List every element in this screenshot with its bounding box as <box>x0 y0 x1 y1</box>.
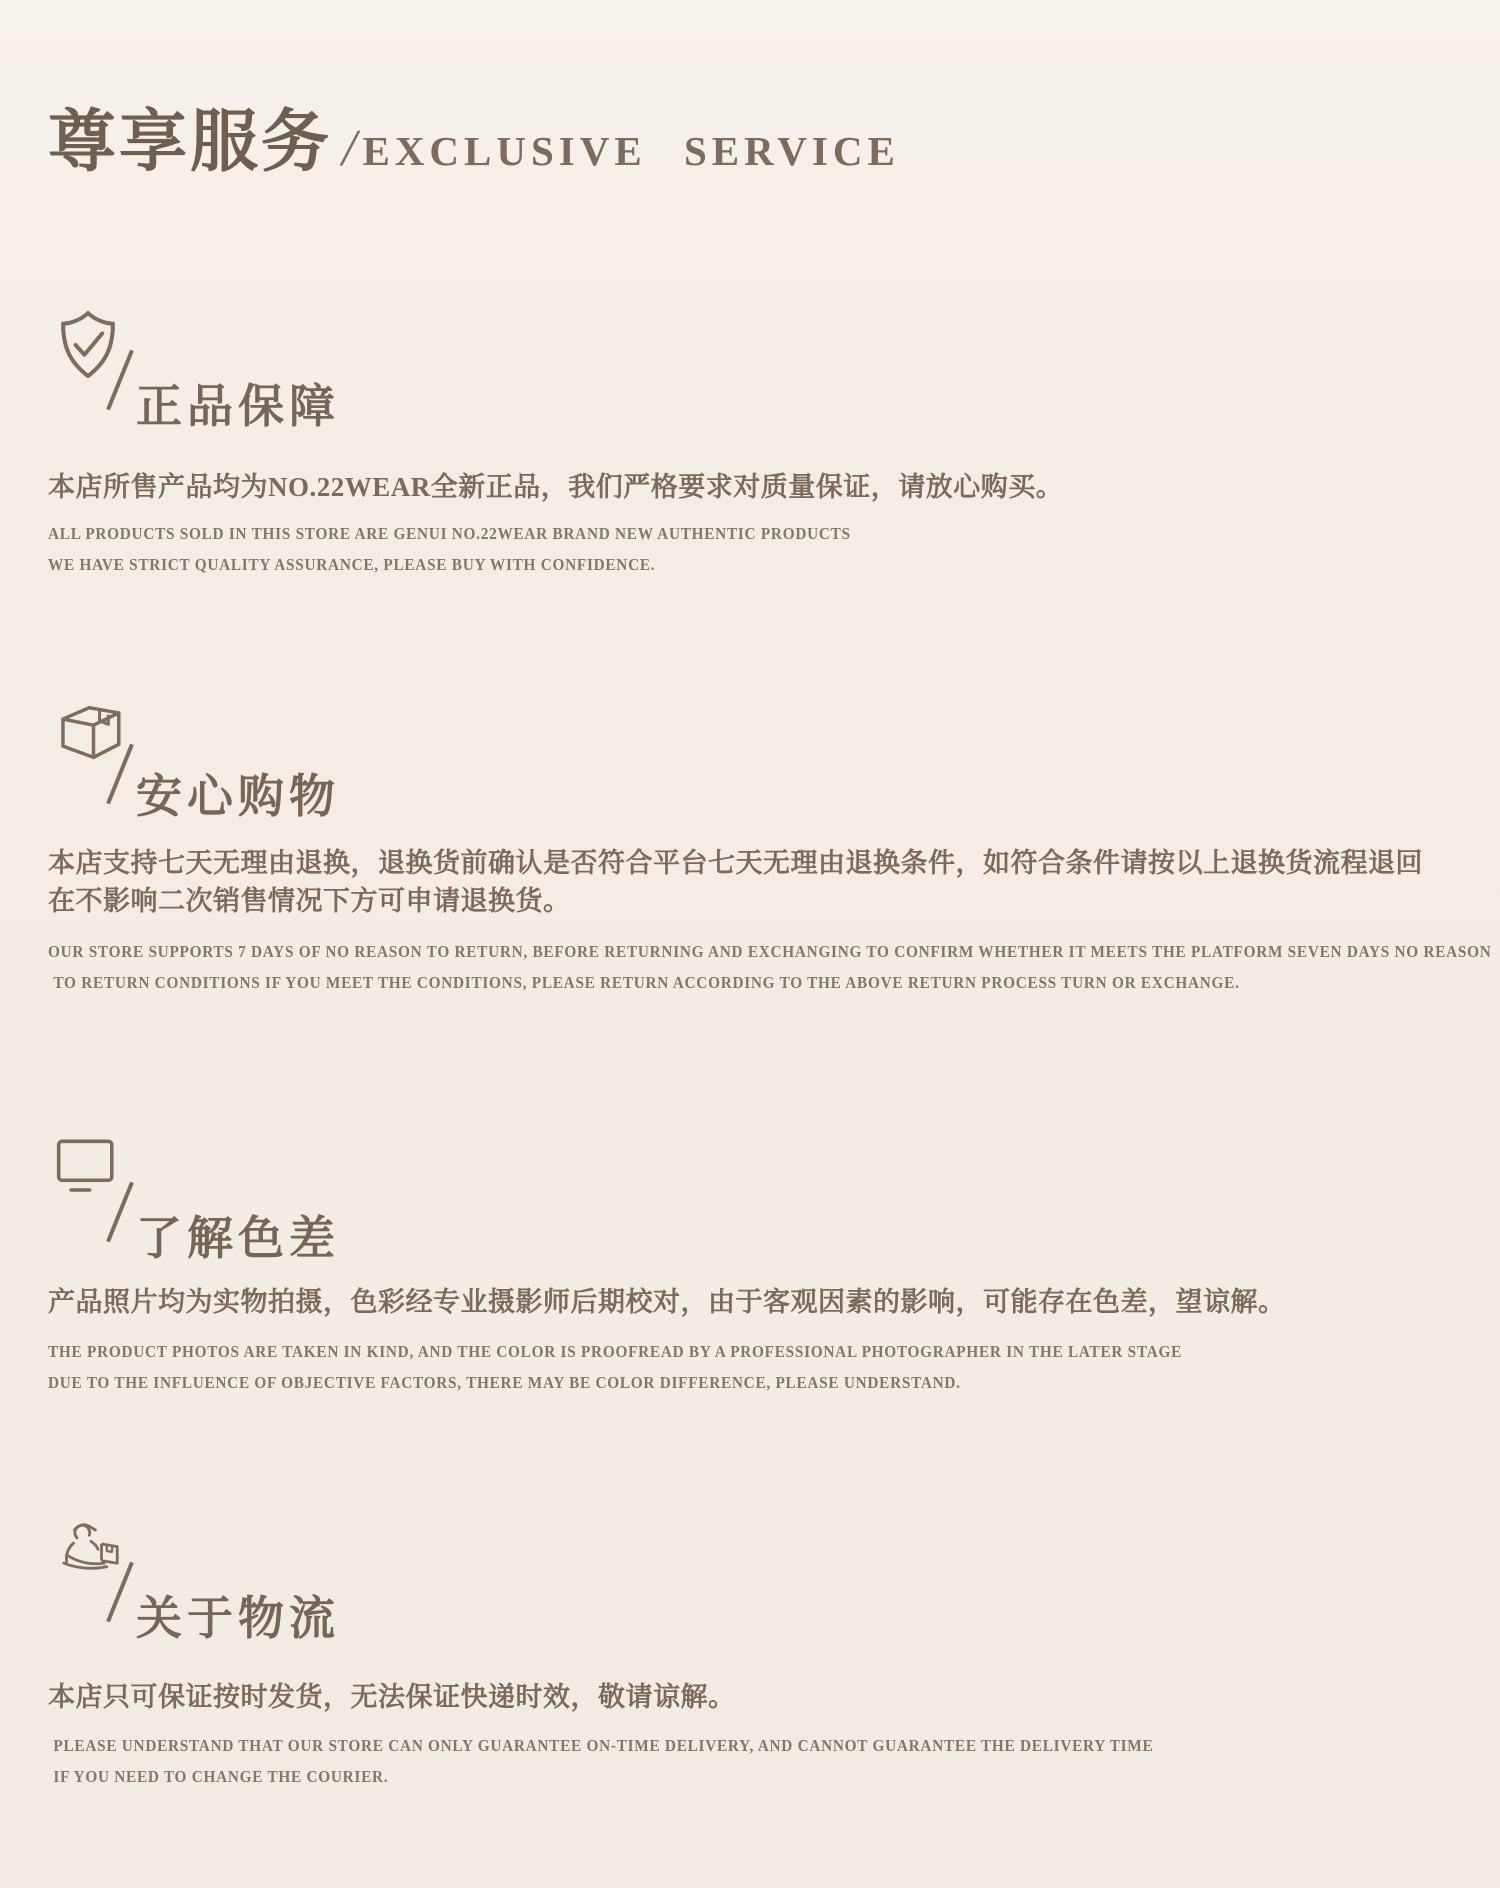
caption-line: PLEASE UNDERSTAND THAT OUR STORE CAN ONL… <box>48 1730 1153 1761</box>
page-title-cn: 尊享服务 <box>48 88 332 185</box>
section-color-difference: 了解色差 产品照片均为实物拍摄，色彩经专业摄影师后期校对，由于客观因素的影响，可… <box>48 1138 1480 1438</box>
caption-line: WE HAVE STRICT QUALITY ASSURANCE, PLEASE… <box>48 549 851 580</box>
section-title: 关于物流 <box>136 1582 340 1648</box>
caption-line: TO RETURN CONDITIONS IF YOU MEET THE CON… <box>48 967 1492 998</box>
exclusive-service-page: 尊享服务 / EXCLUSIVE SERVICE 正品保障 本店所售产品均为NO… <box>0 0 1500 1888</box>
caption-line: THE PRODUCT PHOTOS ARE TAKEN IN KIND, AN… <box>48 1336 1182 1367</box>
caption-line: IF YOU NEED TO CHANGE THE COURIER. <box>48 1761 1153 1792</box>
body-line: 本店支持七天无理由退换，退换货前确认是否符合平台七天无理由退换条件，如符合条件请… <box>48 844 1423 882</box>
section-authentic-guarantee: 正品保障 本店所售产品均为NO.22WEAR全新正品，我们严格要求对质量保证，请… <box>48 306 1480 606</box>
section-body-en: OUR STORE SUPPORTS 7 DAYS OF NO REASON T… <box>48 936 1492 998</box>
caption-line: DUE TO THE INFLUENCE OF OBJECTIVE FACTOR… <box>48 1367 1182 1398</box>
section-body-cn: 本店支持七天无理由退换，退换货前确认是否符合平台七天无理由退换条件，如符合条件请… <box>48 844 1423 920</box>
section-body-en: PLEASE UNDERSTAND THAT OUR STORE CAN ONL… <box>48 1730 1153 1792</box>
section-body-cn: 本店只可保证按时发货，无法保证快递时效，敬请谅解。 <box>48 1678 736 1716</box>
page-title-en: EXCLUSIVE SERVICE <box>362 127 899 175</box>
section-body-cn: 产品照片均为实物拍摄，色彩经专业摄影师后期校对，由于客观因素的影响，可能存在色差… <box>48 1283 1286 1321</box>
section-title: 正品保障 <box>136 370 340 436</box>
body-line: 在不影响二次销售情况下方可申请退换货。 <box>48 882 1423 920</box>
courier-icon-svg <box>56 1520 126 1582</box>
caption-line: ALL PRODUCTS SOLD IN THIS STORE ARE GENU… <box>48 518 851 549</box>
shield-check-icon-svg <box>56 308 120 382</box>
monitor-icon <box>56 1138 118 1201</box>
section-title: 了解色差 <box>136 1202 340 1268</box>
package-box-icon <box>56 702 124 769</box>
section-body-cn: 本店所售产品均为NO.22WEAR全新正品，我们严格要求对质量保证，请放心购买。 <box>48 468 1063 506</box>
section-logistics: 关于物流 本店只可保证按时发货，无法保证快递时效，敬请谅解。 PLEASE UN… <box>48 1520 1480 1820</box>
caption-line: OUR STORE SUPPORTS 7 DAYS OF NO REASON T… <box>48 936 1492 967</box>
shield-check-icon <box>56 308 120 387</box>
courier-icon <box>56 1520 126 1587</box>
section-body-en: THE PRODUCT PHOTOS ARE TAKEN IN KIND, AN… <box>48 1336 1182 1398</box>
monitor-icon-svg <box>56 1138 118 1196</box>
page-title: 尊享服务 / EXCLUSIVE SERVICE <box>48 88 900 185</box>
title-slash-divider: / <box>342 119 356 178</box>
package-box-icon-svg <box>56 702 124 764</box>
section-body-en: ALL PRODUCTS SOLD IN THIS STORE ARE GENU… <box>48 518 851 580</box>
section-title: 安心购物 <box>136 760 340 826</box>
section-worry-free-shopping: 安心购物 本店支持七天无理由退换，退换货前确认是否符合平台七天无理由退换条件，如… <box>48 698 1480 998</box>
